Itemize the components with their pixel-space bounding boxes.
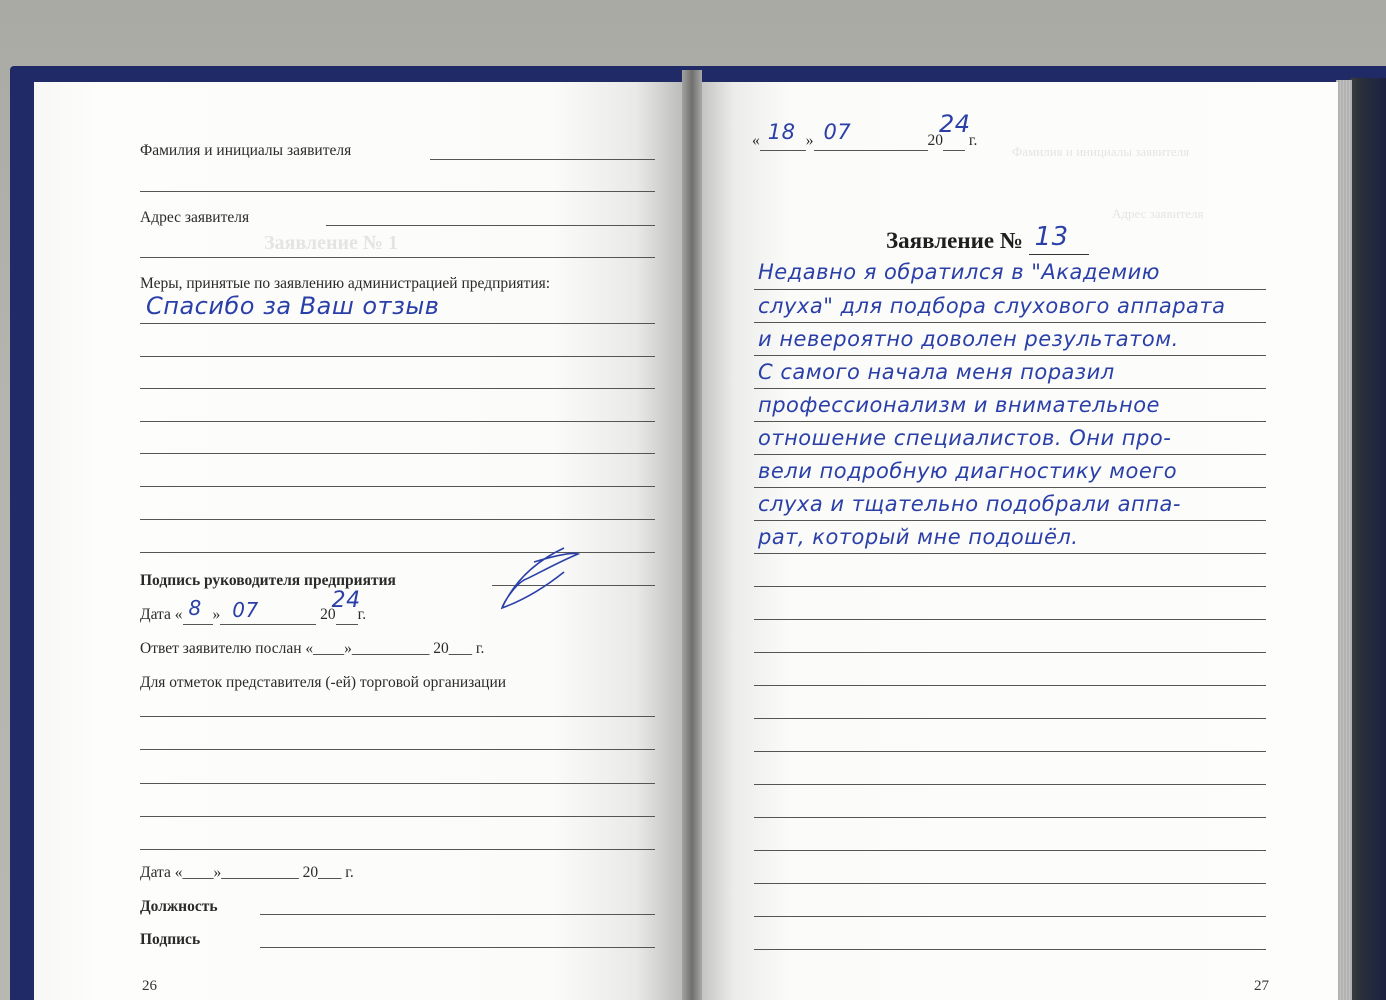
statement-line-7: вели подробную диагностику моего bbox=[758, 459, 1177, 483]
statement-rule-6[interactable] bbox=[754, 454, 1266, 455]
statement-rule-13[interactable] bbox=[754, 685, 1266, 686]
statement-rule-2[interactable] bbox=[754, 322, 1266, 323]
statement-rule-14[interactable] bbox=[754, 718, 1266, 719]
manager-date-row: Дата «8 »07 2024 г. bbox=[140, 606, 366, 625]
measures-line-1[interactable] bbox=[140, 323, 655, 324]
notes-line-1[interactable] bbox=[140, 716, 655, 717]
statement-rule-19[interactable] bbox=[754, 883, 1266, 884]
measures-line-2[interactable] bbox=[140, 356, 655, 357]
notes-line-4[interactable] bbox=[140, 816, 655, 817]
statement-line-8: слуха и тщательно подобрали аппа- bbox=[758, 492, 1181, 516]
measures-line-5[interactable] bbox=[140, 453, 655, 454]
reply-sent-label: Ответ заявителю послан «____»__________ … bbox=[140, 640, 484, 658]
signature-label: Подпись bbox=[140, 931, 200, 949]
statement-rule-9[interactable] bbox=[754, 553, 1266, 554]
date-year-field[interactable]: 24 bbox=[336, 606, 358, 625]
applicant-address-label: Адрес заявителя bbox=[140, 209, 249, 227]
statement-line-2: слуха" для подбора слухового аппарата bbox=[758, 294, 1226, 318]
applicant-name-label: Фамилия и инициалы заявителя bbox=[140, 142, 351, 160]
statement-rule-10[interactable] bbox=[754, 586, 1266, 587]
statement-date-day-field[interactable]: 18 bbox=[760, 132, 806, 151]
statement-line-9: рат, который мне подошёл. bbox=[758, 525, 1078, 549]
measures-line-4[interactable] bbox=[140, 421, 655, 422]
statement-rule-7[interactable] bbox=[754, 487, 1266, 488]
statement-number-field[interactable]: 13 bbox=[1029, 228, 1089, 255]
bleed-through-text: Адрес заявителя bbox=[1112, 206, 1204, 222]
statement-rule-5[interactable] bbox=[754, 421, 1266, 422]
applicant-name-line[interactable] bbox=[430, 159, 655, 160]
book-cover-edge bbox=[1350, 78, 1386, 1000]
bleed-through-text: Фамилия и инициалы заявителя bbox=[1012, 144, 1189, 160]
statement-rule-18[interactable] bbox=[754, 850, 1266, 851]
left-page: Заявление № 1 Фамилия и инициалы заявите… bbox=[34, 82, 682, 1000]
statement-rule-21[interactable] bbox=[754, 949, 1266, 950]
position-line[interactable] bbox=[260, 914, 655, 915]
signature-line[interactable] bbox=[260, 947, 655, 948]
bleed-through-text: Заявление № 1 bbox=[264, 232, 398, 255]
trade-org-notes-label: Для отметок представителя (-ей) торговой… bbox=[140, 674, 506, 692]
statement-rule-17[interactable] bbox=[754, 817, 1266, 818]
applicant-address-line[interactable] bbox=[326, 225, 655, 226]
statement-line-4: С самого начала меня поразил bbox=[758, 360, 1115, 384]
statement-rule-20[interactable] bbox=[754, 916, 1266, 917]
manager-signature-icon bbox=[494, 542, 584, 612]
measures-line-6[interactable] bbox=[140, 486, 655, 487]
notes-line-2[interactable] bbox=[140, 749, 655, 750]
page-number-right: 27 bbox=[1254, 978, 1269, 995]
statement-rule-1[interactable] bbox=[754, 289, 1266, 290]
notes-line-5[interactable] bbox=[140, 849, 655, 850]
book-gutter bbox=[682, 70, 702, 1000]
date-day-field[interactable]: 8 bbox=[183, 606, 213, 625]
applicant-address-line-2[interactable] bbox=[140, 257, 655, 258]
page-number-left: 26 bbox=[142, 978, 157, 995]
statement-rule-11[interactable] bbox=[754, 619, 1266, 620]
date-month-field[interactable]: 07 bbox=[220, 606, 316, 625]
measures-handwritten: Спасибо за Ваш отзыв bbox=[146, 292, 439, 320]
applicant-name-line-2[interactable] bbox=[140, 191, 655, 192]
statement-date-row: «18 »07 2024 г. bbox=[752, 132, 977, 151]
statement-date-month-field[interactable]: 07 bbox=[814, 132, 928, 151]
statement-rule-12[interactable] bbox=[754, 652, 1266, 653]
statement-rule-3[interactable] bbox=[754, 355, 1266, 356]
measures-line-3[interactable] bbox=[140, 388, 655, 389]
statement-line-5: профессионализм и внимательное bbox=[758, 393, 1160, 417]
notes-line-3[interactable] bbox=[140, 783, 655, 784]
page-edges bbox=[1336, 80, 1352, 1000]
right-page: Фамилия и инициалы заявителя Адрес заяви… bbox=[702, 82, 1338, 1000]
date-label: Дата bbox=[140, 606, 171, 623]
statement-line-1: Недавно я обратился в "Академию bbox=[758, 260, 1160, 284]
statement-title: Заявление № 13 bbox=[886, 228, 1089, 255]
statement-rule-16[interactable] bbox=[754, 784, 1266, 785]
statement-line-3: и невероятно доволен результатом. bbox=[758, 327, 1179, 351]
statement-rule-8[interactable] bbox=[754, 520, 1266, 521]
measures-line-7[interactable] bbox=[140, 519, 655, 520]
statement-rule-4[interactable] bbox=[754, 388, 1266, 389]
statement-line-6: отношение специалистов. Они про- bbox=[758, 426, 1171, 450]
statement-date-year-field[interactable]: 24 bbox=[943, 132, 965, 151]
position-label: Должность bbox=[140, 898, 218, 916]
measures-label: Меры, принятые по заявлению администраци… bbox=[140, 275, 550, 293]
statement-rule-15[interactable] bbox=[754, 751, 1266, 752]
bottom-date-label: Дата «____»__________ 20___ г. bbox=[140, 864, 354, 882]
